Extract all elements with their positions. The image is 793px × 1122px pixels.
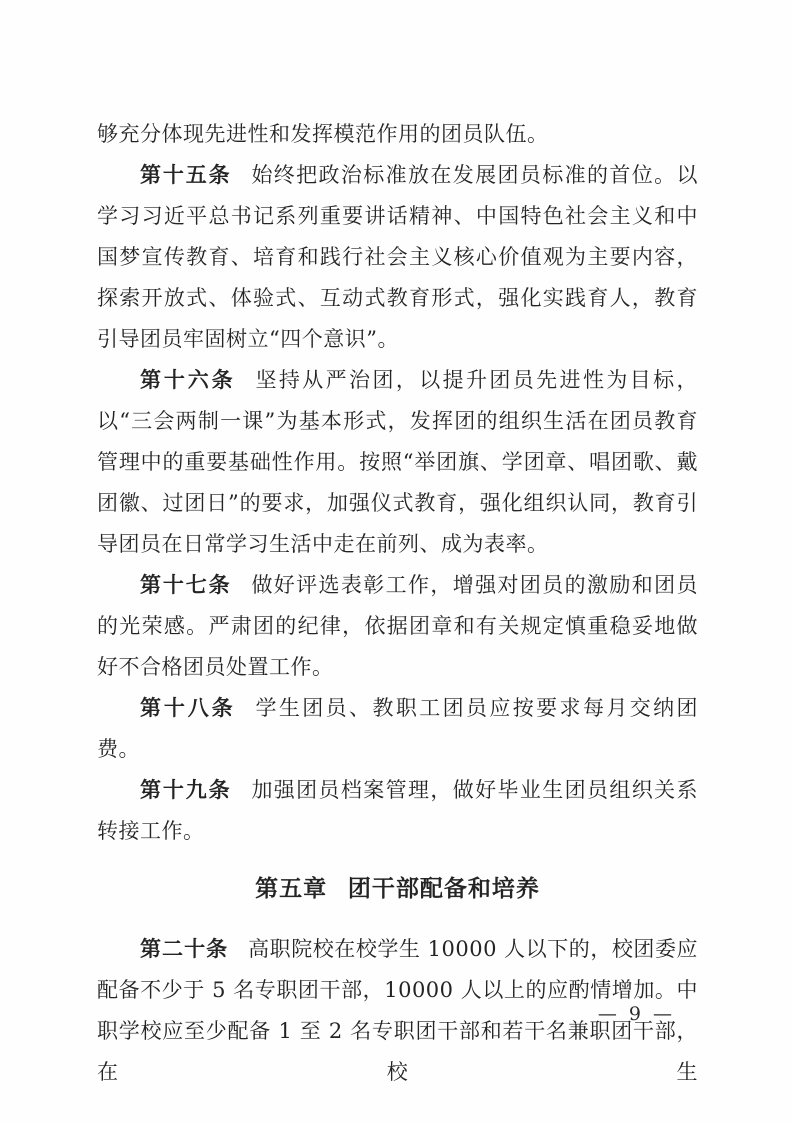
document-body: 够充分体现先进性和发挥模范作用的团员队伍。 第十五条始终把政治标准放在发展团员标… bbox=[97, 114, 698, 1093]
article-19-number: 第十九条 bbox=[140, 778, 232, 802]
chapter-heading: 第五章团干部配备和培养 bbox=[97, 869, 698, 910]
paragraph-continuation: 够充分体现先进性和发挥模范作用的团员队伍。 bbox=[97, 114, 698, 155]
article-19-paragraph: 第十九条加强团员档案管理，做好毕业生团员组织关系转接工作。 bbox=[97, 770, 698, 852]
article-18-paragraph: 第十八条学生团员、教职工团员应按要求每月交纳团费。 bbox=[97, 688, 698, 770]
article-15-number: 第十五条 bbox=[140, 163, 232, 187]
article-18-number: 第十八条 bbox=[140, 696, 236, 720]
page-number: — 9 — bbox=[598, 1001, 675, 1027]
article-16-paragraph: 第十六条坚持从严治团，以提升团员先进性为目标，以“三会两制一课”为基本形式，发挥… bbox=[97, 360, 698, 565]
document-page: 够充分体现先进性和发挥模范作用的团员队伍。 第十五条始终把政治标准放在发展团员标… bbox=[0, 0, 793, 1122]
article-16-number: 第十六条 bbox=[140, 368, 236, 392]
article-20-number: 第二十条 bbox=[140, 937, 228, 961]
article-17-number: 第十七条 bbox=[140, 573, 232, 597]
chapter-heading-title: 团干部配备和培养 bbox=[348, 876, 540, 902]
paragraph-continuation-text: 够充分体现先进性和发挥模范作用的团员队伍。 bbox=[97, 122, 549, 146]
chapter-heading-label: 第五章 bbox=[255, 876, 327, 902]
article-15-text: 始终把政治标准放在发展团员标准的首位。以学习习近平总书记系列重要讲话精神、中国特… bbox=[97, 163, 698, 351]
article-16-text: 坚持从严治团，以提升团员先进性为目标，以“三会两制一课”为基本形式，发挥团的组织… bbox=[97, 368, 698, 556]
article-15-paragraph: 第十五条始终把政治标准放在发展团员标准的首位。以学习习近平总书记系列重要讲话精神… bbox=[97, 155, 698, 360]
article-17-paragraph: 第十七条做好评选表彰工作，增强对团员的激励和团员的光荣感。严肃团的纪律，依据团章… bbox=[97, 565, 698, 688]
